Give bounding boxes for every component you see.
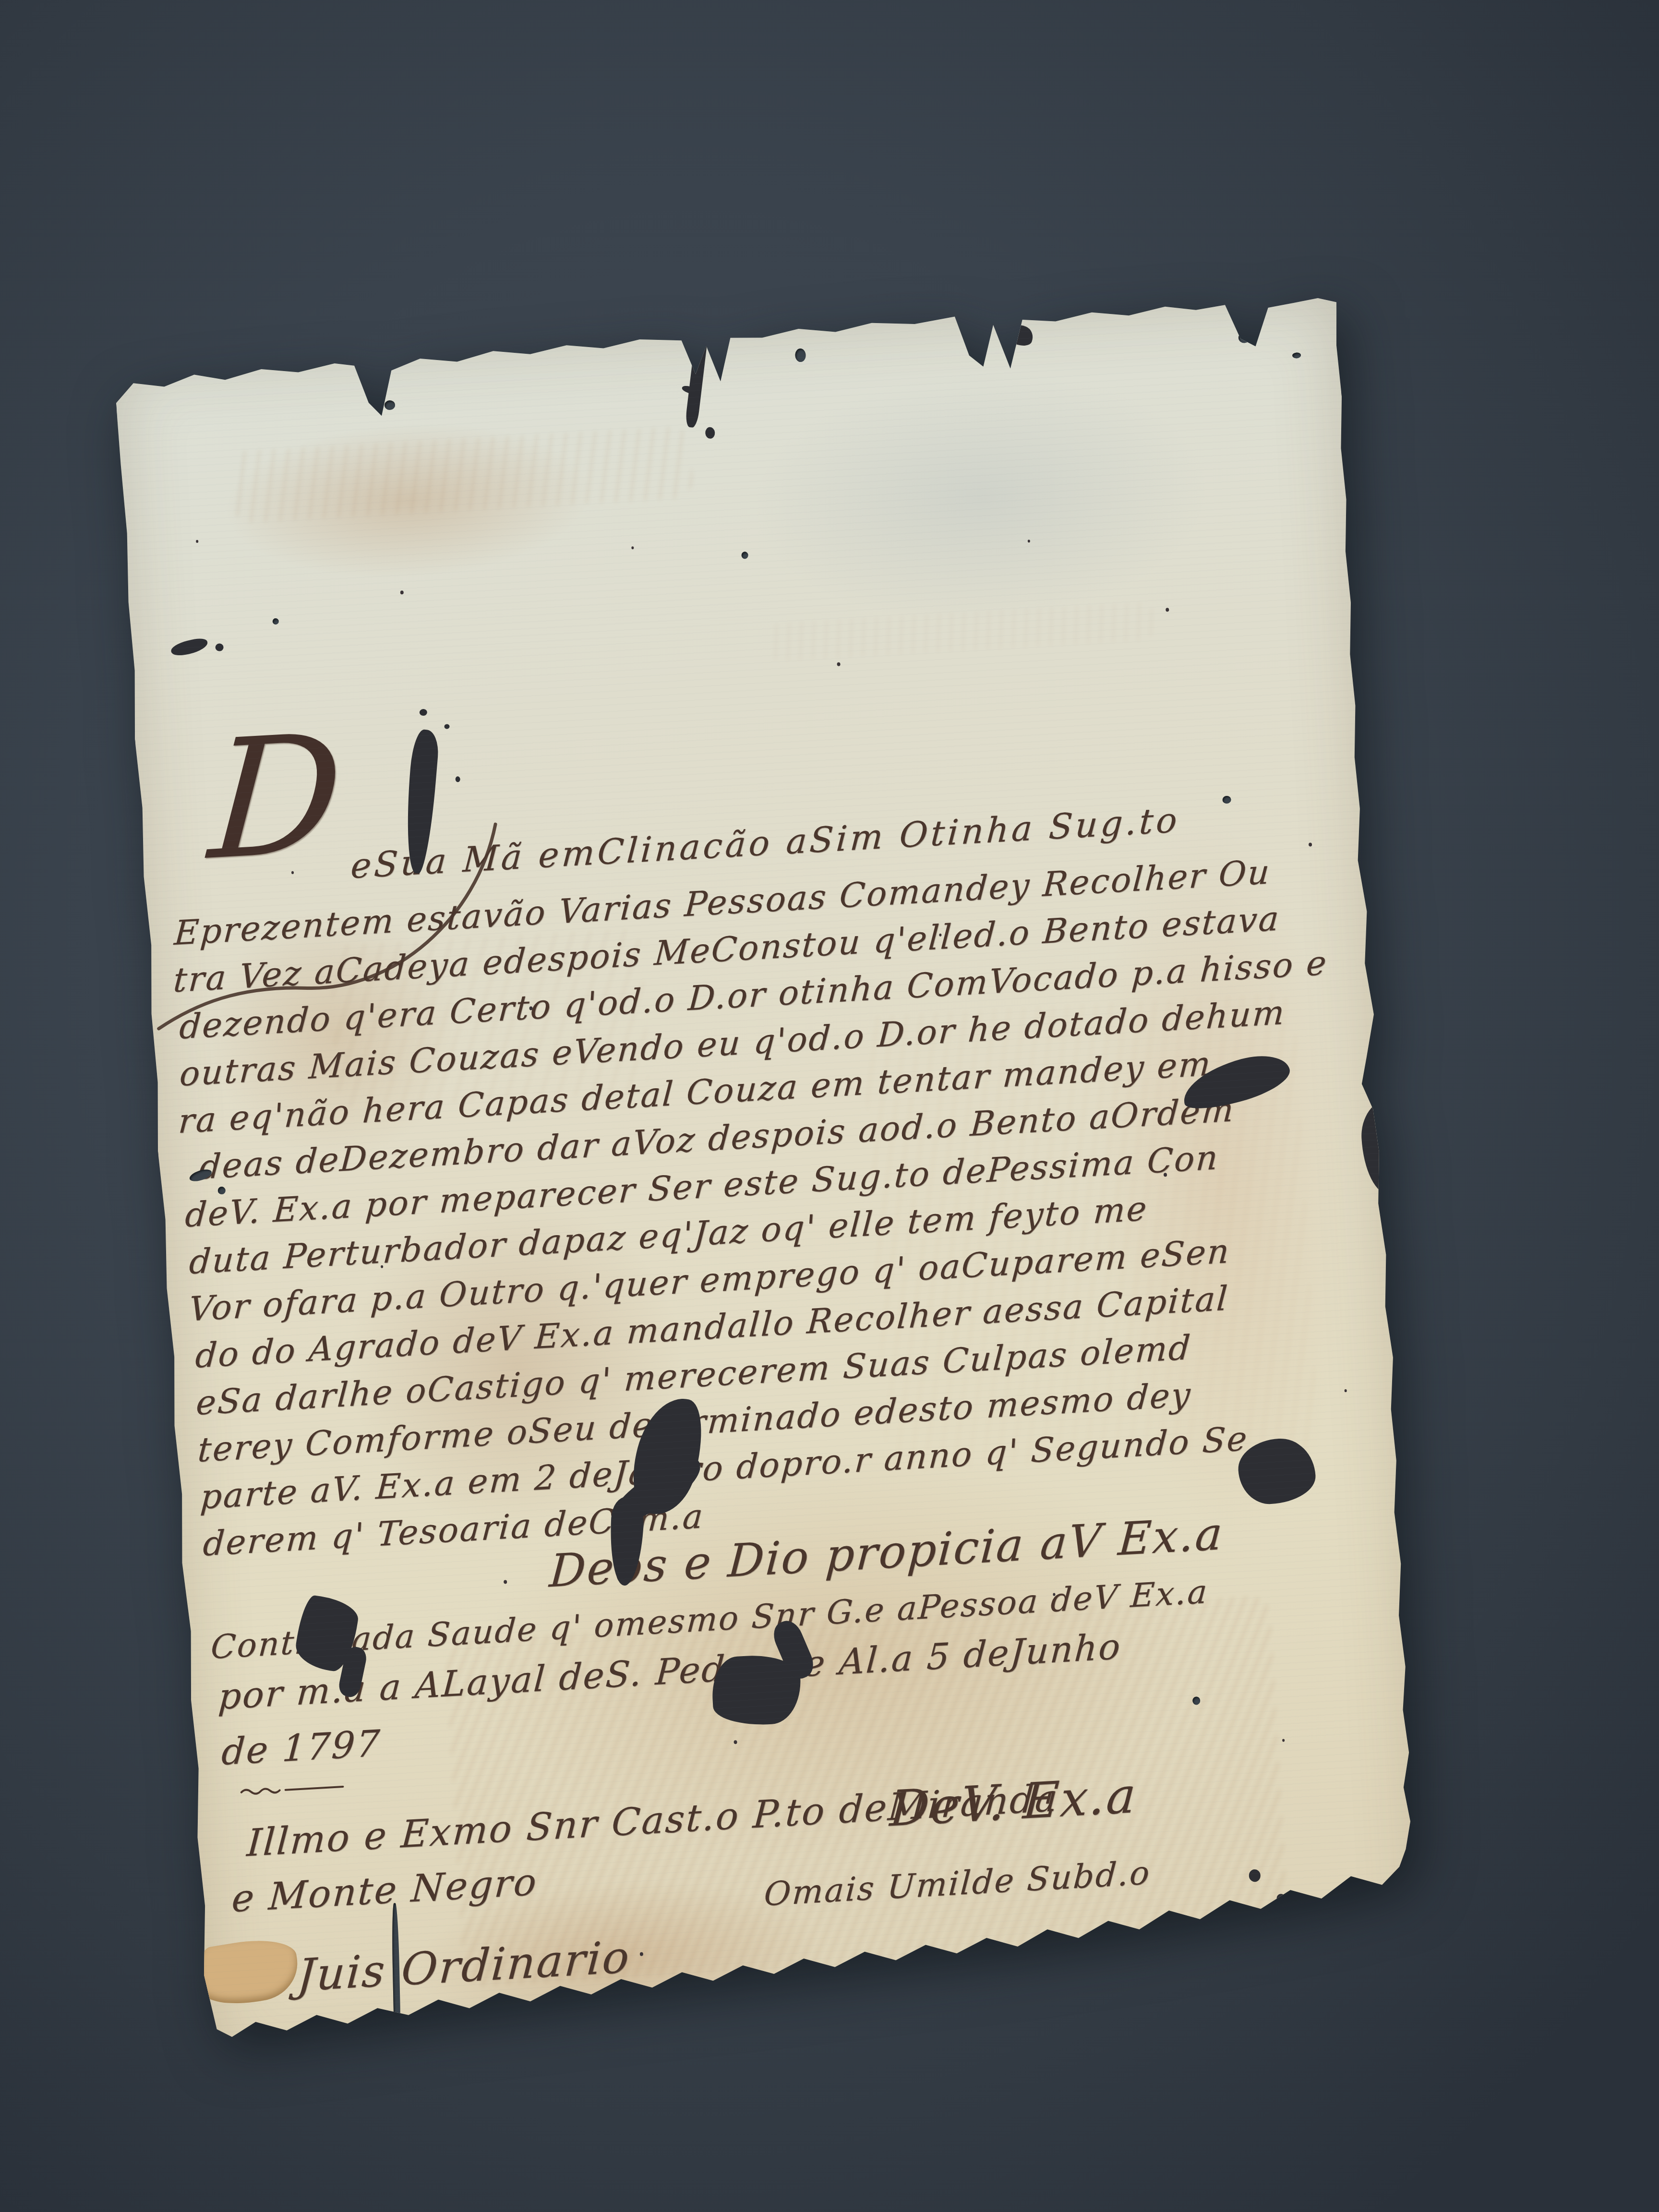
ink-blot [1003, 320, 1036, 349]
ink-blot [1237, 1437, 1317, 1506]
paper-hole [1222, 795, 1231, 804]
paper-hole [1192, 1696, 1201, 1705]
closing-formula: DeV. Ex.a [889, 1771, 1139, 1834]
ink-blot [419, 709, 427, 716]
year-line: de 1797 [220, 1725, 382, 1770]
ink-blot [1359, 1096, 1427, 1196]
ink-blot [215, 643, 224, 651]
manuscript-paper: D eSua Mã emClinacão aSim Otinha Sug.to … [114, 294, 1432, 2078]
year-underline-squiggle [239, 1781, 355, 1797]
ink-blot [685, 314, 710, 428]
bleedthrough-ghost-text [229, 426, 694, 523]
addressee-line: e Monte Negro [230, 1863, 539, 1918]
ink-blot [1276, 1894, 1286, 1903]
closing-formula: Omais Umilde Subd.o [763, 1857, 1152, 1911]
paper-hole [741, 552, 748, 559]
paper-hole [1292, 352, 1301, 359]
sender-title: O Juis Ordinario [243, 1935, 632, 2001]
ink-blot [1249, 1869, 1261, 1882]
manuscript-paper-wrap: D eSua Mã emClinacão aSim Otinha Sug.to … [0, 0, 1659, 2212]
paper-hole [795, 348, 806, 362]
ink-blot [169, 637, 209, 658]
ink-blot [455, 776, 460, 782]
photo-backdrop: D eSua Mã emClinacão aSim Otinha Sug.to … [0, 0, 1659, 2212]
bleedthrough-ghost-text [763, 602, 1158, 662]
ink-speckles [196, 540, 198, 543]
paper-hole [272, 618, 279, 625]
ink-blot [705, 427, 715, 439]
ink-blot [444, 724, 450, 729]
paper-hole [1238, 332, 1250, 343]
paper-hole [384, 400, 395, 410]
ink-blot [1265, 1940, 1280, 1956]
